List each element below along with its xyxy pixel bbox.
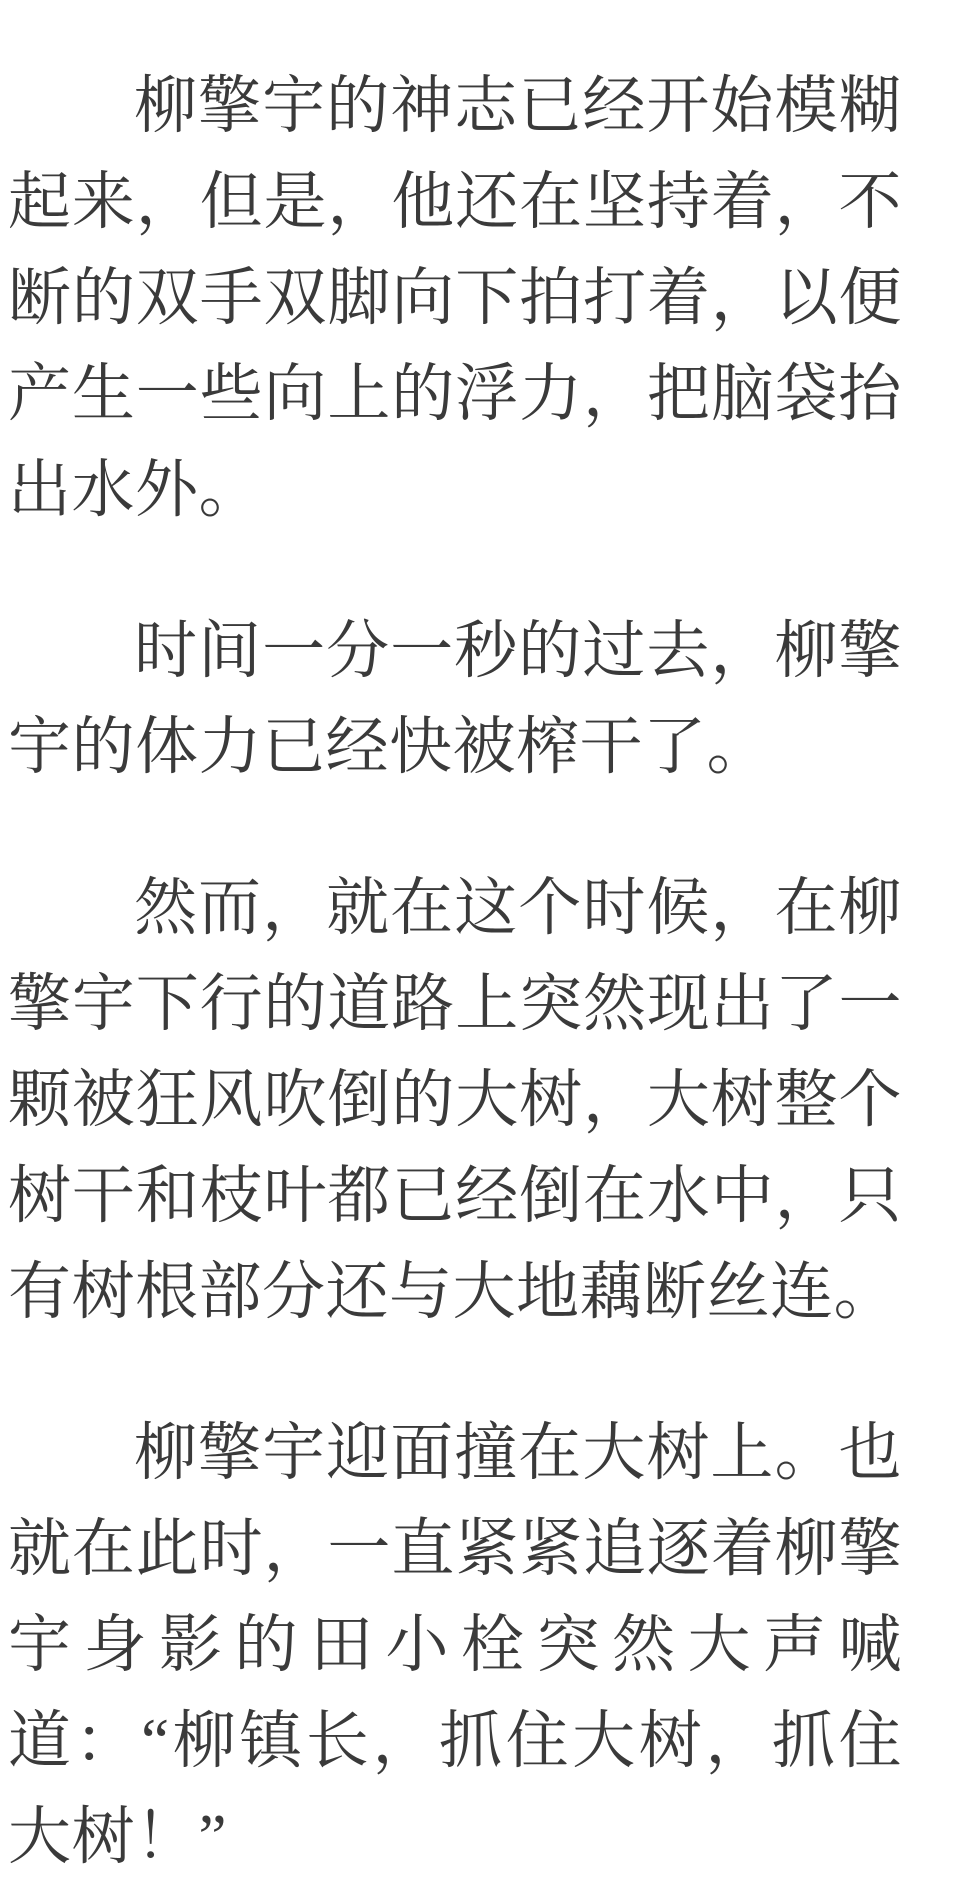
paragraph: 柳擎宇的神志已经开始模糊起来，但是，他还在坚持着，不断的双手双脚向下拍打着，以便… [8,58,902,538]
reader-page: 柳擎宇的神志已经开始模糊起来，但是，他还在坚持着，不断的双手双脚向下拍打着，以便… [0,0,960,1896]
paragraph: 然而，就在这个时候，在柳擎宇下行的道路上突然现出了一颗被狂风吹倒的大树，大树整个… [8,860,902,1340]
paragraph: 柳擎宇迎面撞在大树上。也就在此时，一直紧紧追逐着柳擎宇身影的田小栓突然大声喊道：… [8,1405,902,1885]
paragraph: 时间一分一秒的过去，柳擎宇的体力已经快被榨干了。 [8,603,902,795]
